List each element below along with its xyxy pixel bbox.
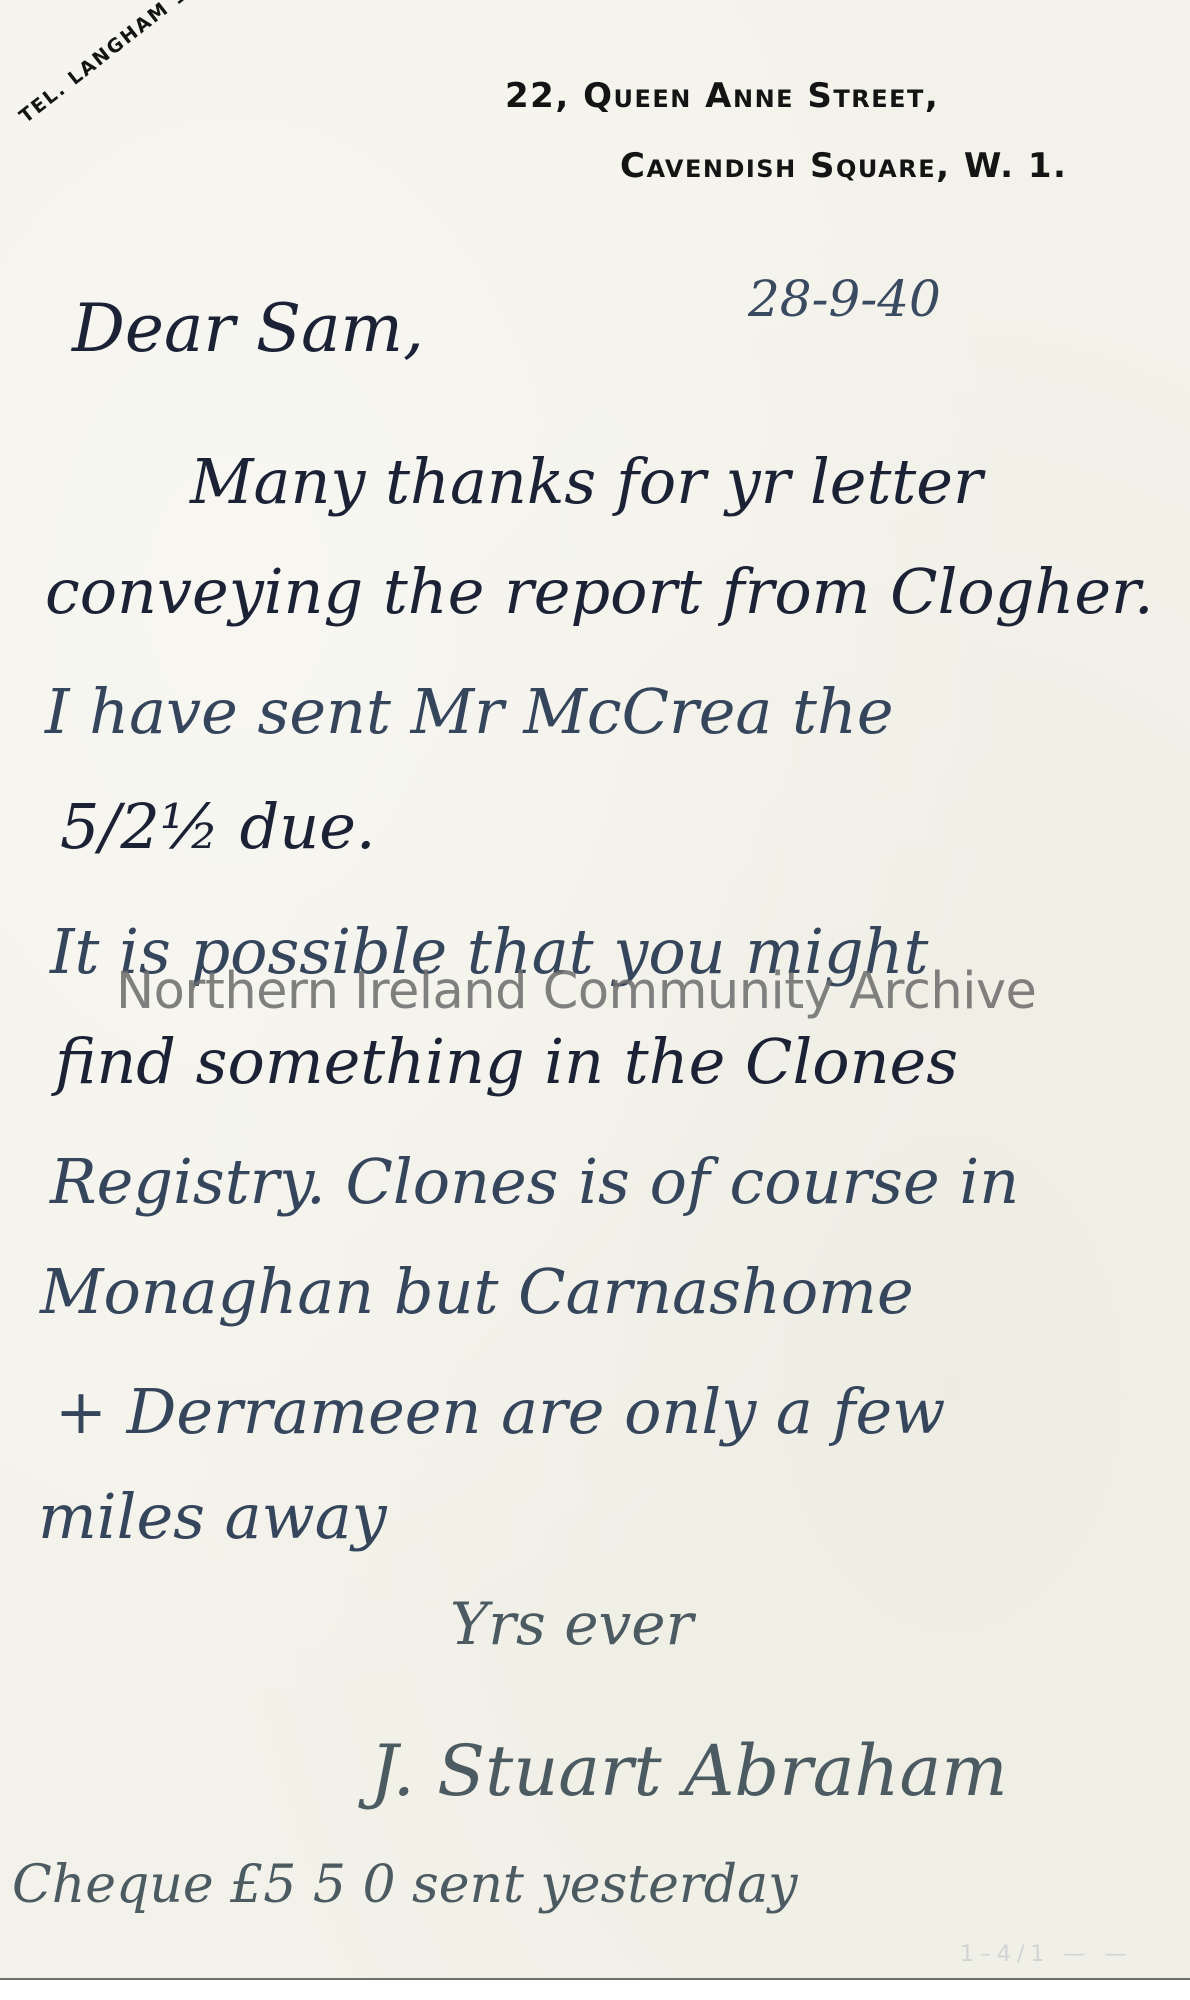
letterhead-address-line-2: Cavendish Square, W. 1. xyxy=(620,146,1067,186)
body-line: Registry. Clones is of course in xyxy=(50,1145,1019,1218)
body-line: Monaghan but Carnashome xyxy=(40,1255,914,1328)
letterhead-address-line-1: 22, Queen Anne Street, xyxy=(505,76,939,116)
letter-closing: Yrs ever xyxy=(450,1590,693,1658)
archive-watermark: Northern Ireland Community Archive xyxy=(116,962,1036,1021)
body-line: find something in the Clones xyxy=(55,1025,958,1098)
letterhead-telephone: TEL. LANGHAM 1348. xyxy=(15,0,235,128)
body-line: conveying the report from Clogher. xyxy=(45,555,1154,628)
body-line: Many thanks for yr letter xyxy=(190,445,983,518)
letter-date: 28-9-40 xyxy=(748,270,941,328)
letter-signature: J. Stuart Abraham xyxy=(370,1730,1008,1812)
letter-paper: TEL. LANGHAM 1348. 22, Queen Anne Street… xyxy=(0,0,1190,1980)
body-line: + Derrameen are only a few xyxy=(55,1375,945,1448)
letter-postscript: Cheque £5 5 0 sent yesterday xyxy=(12,1855,797,1915)
body-line: I have sent Mr McCrea the xyxy=(45,675,894,748)
body-line: 5/2½ due. xyxy=(60,790,376,863)
body-line: miles away xyxy=(38,1480,387,1553)
archive-stamp: 1–4/1 — — xyxy=(960,1942,1132,1967)
letter-salutation: Dear Sam, xyxy=(72,290,424,367)
